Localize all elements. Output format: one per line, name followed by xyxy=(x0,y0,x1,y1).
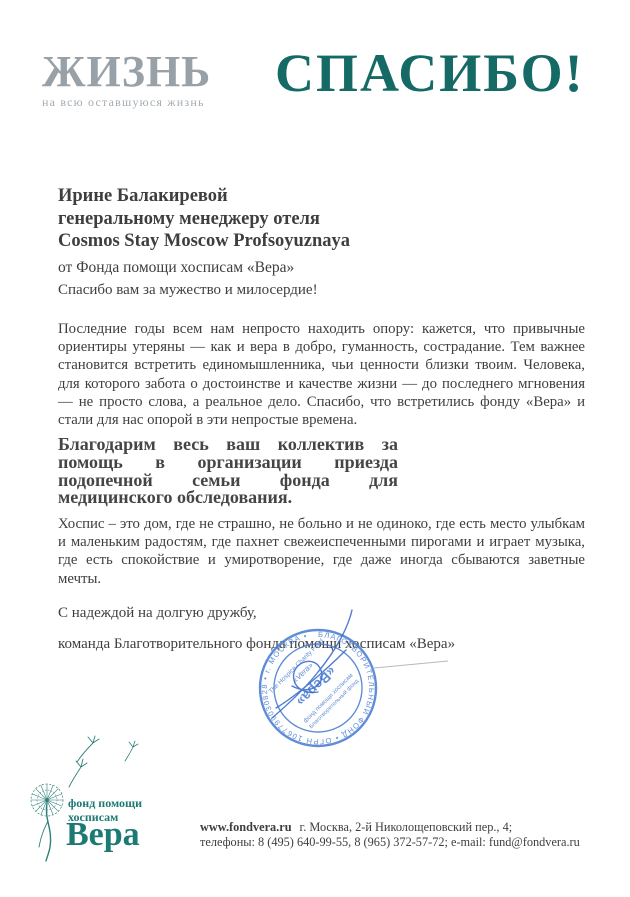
paragraph-1: Последние годы всем нам непросто находит… xyxy=(58,320,585,429)
zhizn-logo-tagline: на всю оставшуюся жизнь xyxy=(42,95,211,110)
paragraph-3: Хоспис – это дом, где не страшно, не бол… xyxy=(58,515,585,588)
footer-contacts: www.fondvera.ruг. Москва, 2-й Николощепо… xyxy=(200,820,610,850)
signature-tail-line xyxy=(374,661,448,668)
sender-line: от Фонда помощи хосписам «Вера» xyxy=(58,259,585,277)
letter-page: ЖИЗНЬ на всю оставшуюся жизнь СПАСИБО! И… xyxy=(0,0,630,897)
footer-line-2: телефоны: 8 (495) 640-99-55, 8 (965) 372… xyxy=(200,835,610,850)
dandelion-seed-3 xyxy=(125,741,138,761)
dandelion-seed-2 xyxy=(77,736,99,762)
signature-main-stroke xyxy=(272,610,352,718)
fund-name: Вера xyxy=(66,816,140,854)
footer-line-1: www.fondvera.ruг. Москва, 2-й Николощепо… xyxy=(200,820,610,835)
fund-subtitle-line-1: фонд помощи xyxy=(68,797,142,811)
address-text: г. Москва, 2-й Николощеповский пер., 4; xyxy=(300,820,513,834)
recipient-name: Ирине Балакиревой xyxy=(58,185,585,208)
zhizn-logo-title: ЖИЗНЬ xyxy=(42,50,211,94)
signature-cross-stroke xyxy=(276,650,346,708)
dandelion-grass-blade xyxy=(39,821,48,847)
dandelion-stem xyxy=(46,803,51,861)
zhizn-logo: ЖИЗНЬ на всю оставшуюся жизнь xyxy=(42,50,211,110)
dandelion-seed-1 xyxy=(69,759,87,787)
recipient-block: Ирине Балакиревой генеральному менеджеру… xyxy=(58,185,585,277)
signature-strokes xyxy=(248,606,458,756)
signoff-line-1: С надеждой на долгую дружбу, xyxy=(58,605,257,622)
website-link: www.fondvera.ru xyxy=(200,820,292,834)
recipient-title: генеральному менеджеру отеля xyxy=(58,208,585,231)
recipient-hotel: Cosmos Stay Moscow Profsoyuznaya xyxy=(58,230,585,253)
paragraph-2-bold: Благодарим весь ваш коллектив за помощь … xyxy=(58,436,398,507)
thank-you-heading: СПАСИБО! xyxy=(275,46,585,100)
greeting-line: Спасибо вам за мужество и милосердие! xyxy=(58,282,318,299)
